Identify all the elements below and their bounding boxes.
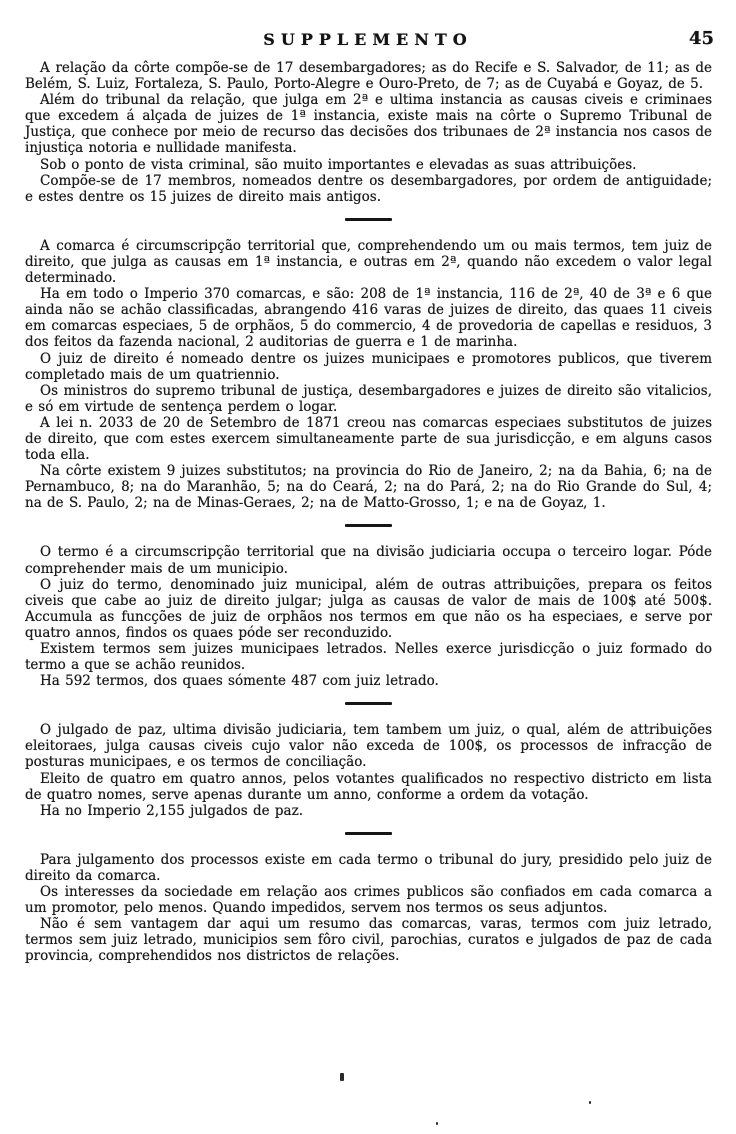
scan-speck [589, 1101, 591, 1104]
section-jury-promotores: Para julgamento dos processos existe em … [25, 852, 712, 965]
section-divider-rule [345, 832, 392, 835]
paragraph: Compõe-se de 17 membros, nomeados dentre… [25, 173, 712, 205]
section-relacoes: A relação da côrte compõe-se de 17 desem… [25, 60, 712, 205]
paragraph: Para julgamento dos processos existe em … [25, 852, 712, 884]
paragraph: Existem termos sem juizes municipaes let… [25, 641, 712, 673]
paragraph: Além do tribunal da relação, que julga e… [25, 92, 712, 156]
paragraph: Os ministros do supremo tribunal de just… [25, 383, 712, 415]
paragraph: Ha 592 termos, dos quaes sómente 487 com… [25, 673, 712, 689]
section-comarcas: A comarca é circumscripção territorial q… [25, 238, 712, 512]
paragraph: Os interesses da sociedade em relação ao… [25, 884, 712, 916]
section-termos: O termo é a circumscripção territorial q… [25, 544, 712, 689]
section-julgados-de-paz: O julgado de paz, ultima divisão judicia… [25, 722, 712, 819]
page-title: SUPPLEMENTO [263, 30, 472, 49]
paragraph: Não é sem vantagem dar aqui um resumo da… [25, 916, 712, 964]
paragraph: Na côrte existem 9 juizes substitutos; n… [25, 463, 712, 511]
page-number: 45 [689, 28, 714, 49]
paragraph: Ha em todo o Imperio 370 comarcas, e são… [25, 286, 712, 350]
paragraph: O julgado de paz, ultima divisão judicia… [25, 722, 712, 770]
paragraph: O juiz do termo, denominado juiz municip… [25, 577, 712, 641]
section-divider-rule [345, 702, 392, 705]
paragraph: O termo é a circumscripção territorial q… [25, 544, 712, 576]
paragraph: A relação da côrte compõe-se de 17 desem… [25, 60, 712, 92]
section-divider-rule [345, 524, 392, 527]
paragraph: A lei n. 2033 de 20 de Setembro de 1871 … [25, 415, 712, 463]
section-divider-rule [345, 218, 392, 221]
page-body: A relação da côrte compõe-se de 17 desem… [25, 60, 712, 965]
paragraph: O juiz de direito é nomeado dentre os ju… [25, 351, 712, 383]
scanned-document-page: SUPPLEMENTO 45 A relação da côrte compõe… [0, 0, 736, 1134]
paragraph: Sob o ponto de vista criminal, são muito… [25, 157, 712, 173]
paragraph: A comarca é circumscripção territorial q… [25, 238, 712, 286]
paragraph: Ha no Imperio 2,155 julgados de paz. [25, 803, 712, 819]
scan-speck [340, 1073, 344, 1081]
scan-speck [436, 1122, 438, 1125]
running-header: SUPPLEMENTO 45 [0, 30, 736, 54]
paragraph: Eleito de quatro em quatro annos, pelos … [25, 771, 712, 803]
